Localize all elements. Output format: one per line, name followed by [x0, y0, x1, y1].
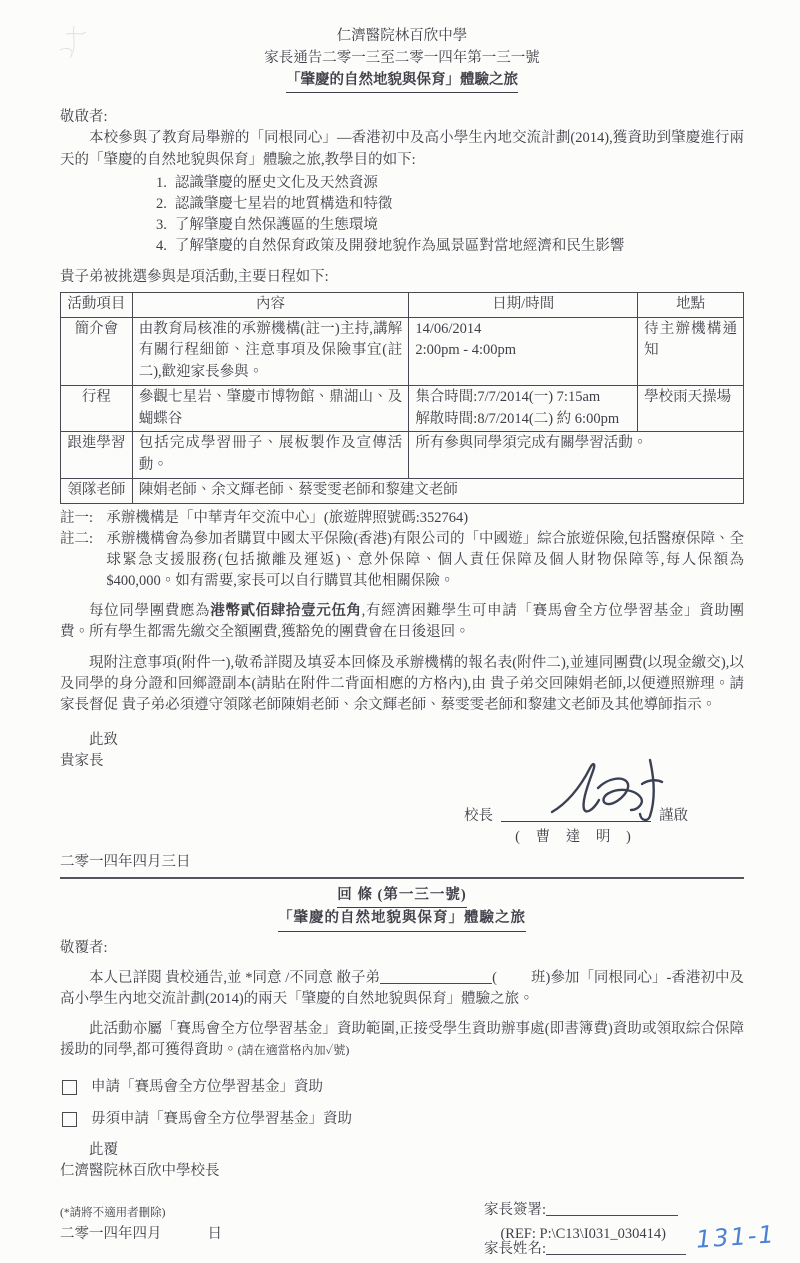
principal-name: ( 曹 達 明 )	[436, 827, 716, 848]
objective-item: 1.認識肇慶的歷史文化及天然資源	[156, 173, 744, 194]
notice-title: 「肇慶的自然地貌與保育」體驗之旅	[286, 70, 518, 94]
closing-block: 此致 貴家長 校長謹啟 ( 曹 達 明 )	[60, 730, 744, 852]
to-principal: 仁濟醫院林百欣中學校長	[60, 1161, 744, 1182]
school-name: 仁濟醫院林百欣中學	[60, 26, 744, 48]
reply-salutation: 敬覆者:	[60, 938, 744, 959]
schedule-intro: 貴子弟被挑選參與是項活動,主要日程如下:	[60, 267, 744, 288]
principal-sign-line: 校長謹啟 ( 曹 達 明 )	[436, 806, 716, 848]
apply-fund-label: 申請「賽馬會全方位學習基金」資助	[91, 1077, 323, 1098]
col-header-content: 內容	[132, 292, 409, 317]
objective-item: 3.了解肇慶自然保護區的生態環境	[156, 215, 744, 236]
table-row: 領隊老師 陳娟老師、余文輝老師、蔡雯雯老師和黎建文老師	[61, 478, 744, 503]
table-row: 簡介會 由教育局核准的承辦機構(註一)主持,講解有關行程細節、注意事項及保險事宜…	[61, 317, 744, 385]
no-apply-fund-label: 毋須申請「賽馬會全方位學習基金」資助	[91, 1109, 352, 1130]
tick-instruction: (請在適當格內加✓號)	[238, 1043, 350, 1057]
salutation: 敬啟者:	[60, 107, 744, 128]
fee-amount: 港幣貳佰肆拾壹元伍角	[210, 603, 361, 619]
no-apply-fund-checkbox[interactable]	[62, 1112, 77, 1127]
reply-paragraph-2: 此活動亦屬「賽馬會全方位學習基金」資助範圍,正接受學生資助辦事處(即書簿費)資助…	[60, 1019, 744, 1061]
notes-section: 註一: 承辦機構是「中華青年交流中心」(旅遊牌照號碼:352764) 註二: 承…	[60, 508, 744, 593]
notice-date: 二零一四年四月三日	[60, 852, 744, 873]
objective-item: 4.了解肇慶的自然保育政策及開發地貌作為風景區對當地經濟和民生影響	[156, 236, 744, 257]
delete-inapplicable-note: (*請將不適用者刪除)	[60, 1205, 744, 1222]
this-reply: 此覆	[60, 1140, 744, 1161]
notice-number-line: 家長通告二零一三至二零一四年第一三一號	[60, 48, 744, 70]
apply-fund-checkbox[interactable]	[62, 1080, 77, 1095]
handwritten-page-number: 131-1	[695, 1217, 777, 1258]
section-divider	[60, 877, 744, 879]
table-row: 行程 參觀七星岩、肇慶市博物館、鼎湖山、及蝴蝶谷 集合時間:7/7/2014(一…	[61, 385, 744, 432]
signature-rule	[501, 820, 651, 822]
col-header-activity: 活動項目	[61, 292, 133, 317]
table-header-row: 活動項目 內容 日期/時間 地點	[61, 292, 744, 317]
col-header-datetime: 日期/時間	[409, 292, 638, 317]
table-row: 跟進學習 包括完成學習冊子、展板製作及宣傳活動。 所有參與同學須完成有關學習活動…	[61, 432, 744, 479]
intro-paragraph: 本校參與了教育局舉辦的「同根同心」—香港初中及高小學生內地交流計劃(2014),…	[60, 128, 744, 170]
reply-paragraph-1: 本人已詳閱 貴校通告,並 *同意 /不同意 敝子弟(班)參加「同根同心」-香港初…	[60, 968, 744, 1010]
ref-code: (REF: P:\C13\I031_030414)	[500, 1224, 666, 1245]
note-1: 註一: 承辦機構是「中華青年交流中心」(旅遊牌照號碼:352764)	[60, 508, 744, 529]
reply-slip-title: 回 條 (第一三一號)	[337, 885, 466, 908]
objectives-list: 1.認識肇慶的歷史文化及天然資源 2.認識肇慶七星岩的地質構造和特徵 3.了解肇…	[60, 173, 744, 257]
scanned-notice-page: 仁濟醫院林百欣中學 家長通告二零一三至二零一四年第一三一號 「肇慶的自然地貌與保…	[0, 0, 800, 1263]
pencil-scribble-artifact	[46, 20, 106, 70]
note-2: 註二: 承辦機構會為參加者購買中國太平保險(香港)有限公司的「中國遊」綜合旅遊保…	[60, 529, 744, 592]
reply-date-line: 二零一四年四月日	[60, 1224, 222, 1245]
objective-item: 2.認識肇慶七星岩的地質構造和特徵	[156, 194, 744, 215]
schedule-table: 活動項目 內容 日期/時間 地點 簡介會 由教育局核准的承辦機構(註一)主持,講…	[60, 292, 744, 504]
fee-paragraph: 每位同學團費應為港幣貳佰肆拾壹元伍角,有經濟困難學生可申請「賽馬會全方位學習基金…	[60, 601, 744, 643]
checkbox-row-no-apply: 毋須申請「賽馬會全方位學習基金」資助	[60, 1109, 744, 1130]
student-name-blank	[380, 968, 492, 984]
reply-slip-subtitle: 「肇慶的自然地貌與保育」體驗之旅	[278, 908, 526, 931]
checkbox-row-apply: 申請「賽馬會全方位學習基金」資助	[60, 1077, 744, 1098]
col-header-location: 地點	[638, 292, 744, 317]
this-to: 此致	[60, 730, 744, 751]
footer: (*請將不適用者刪除) 二零一四年四月日 (REF: P:\C13\I031_0…	[60, 1205, 744, 1245]
attachment-paragraph: 現附注意事項(附件一),敬希詳閱及填妥本回條及承辦機構的報名表(附件二),並連同…	[60, 653, 744, 716]
